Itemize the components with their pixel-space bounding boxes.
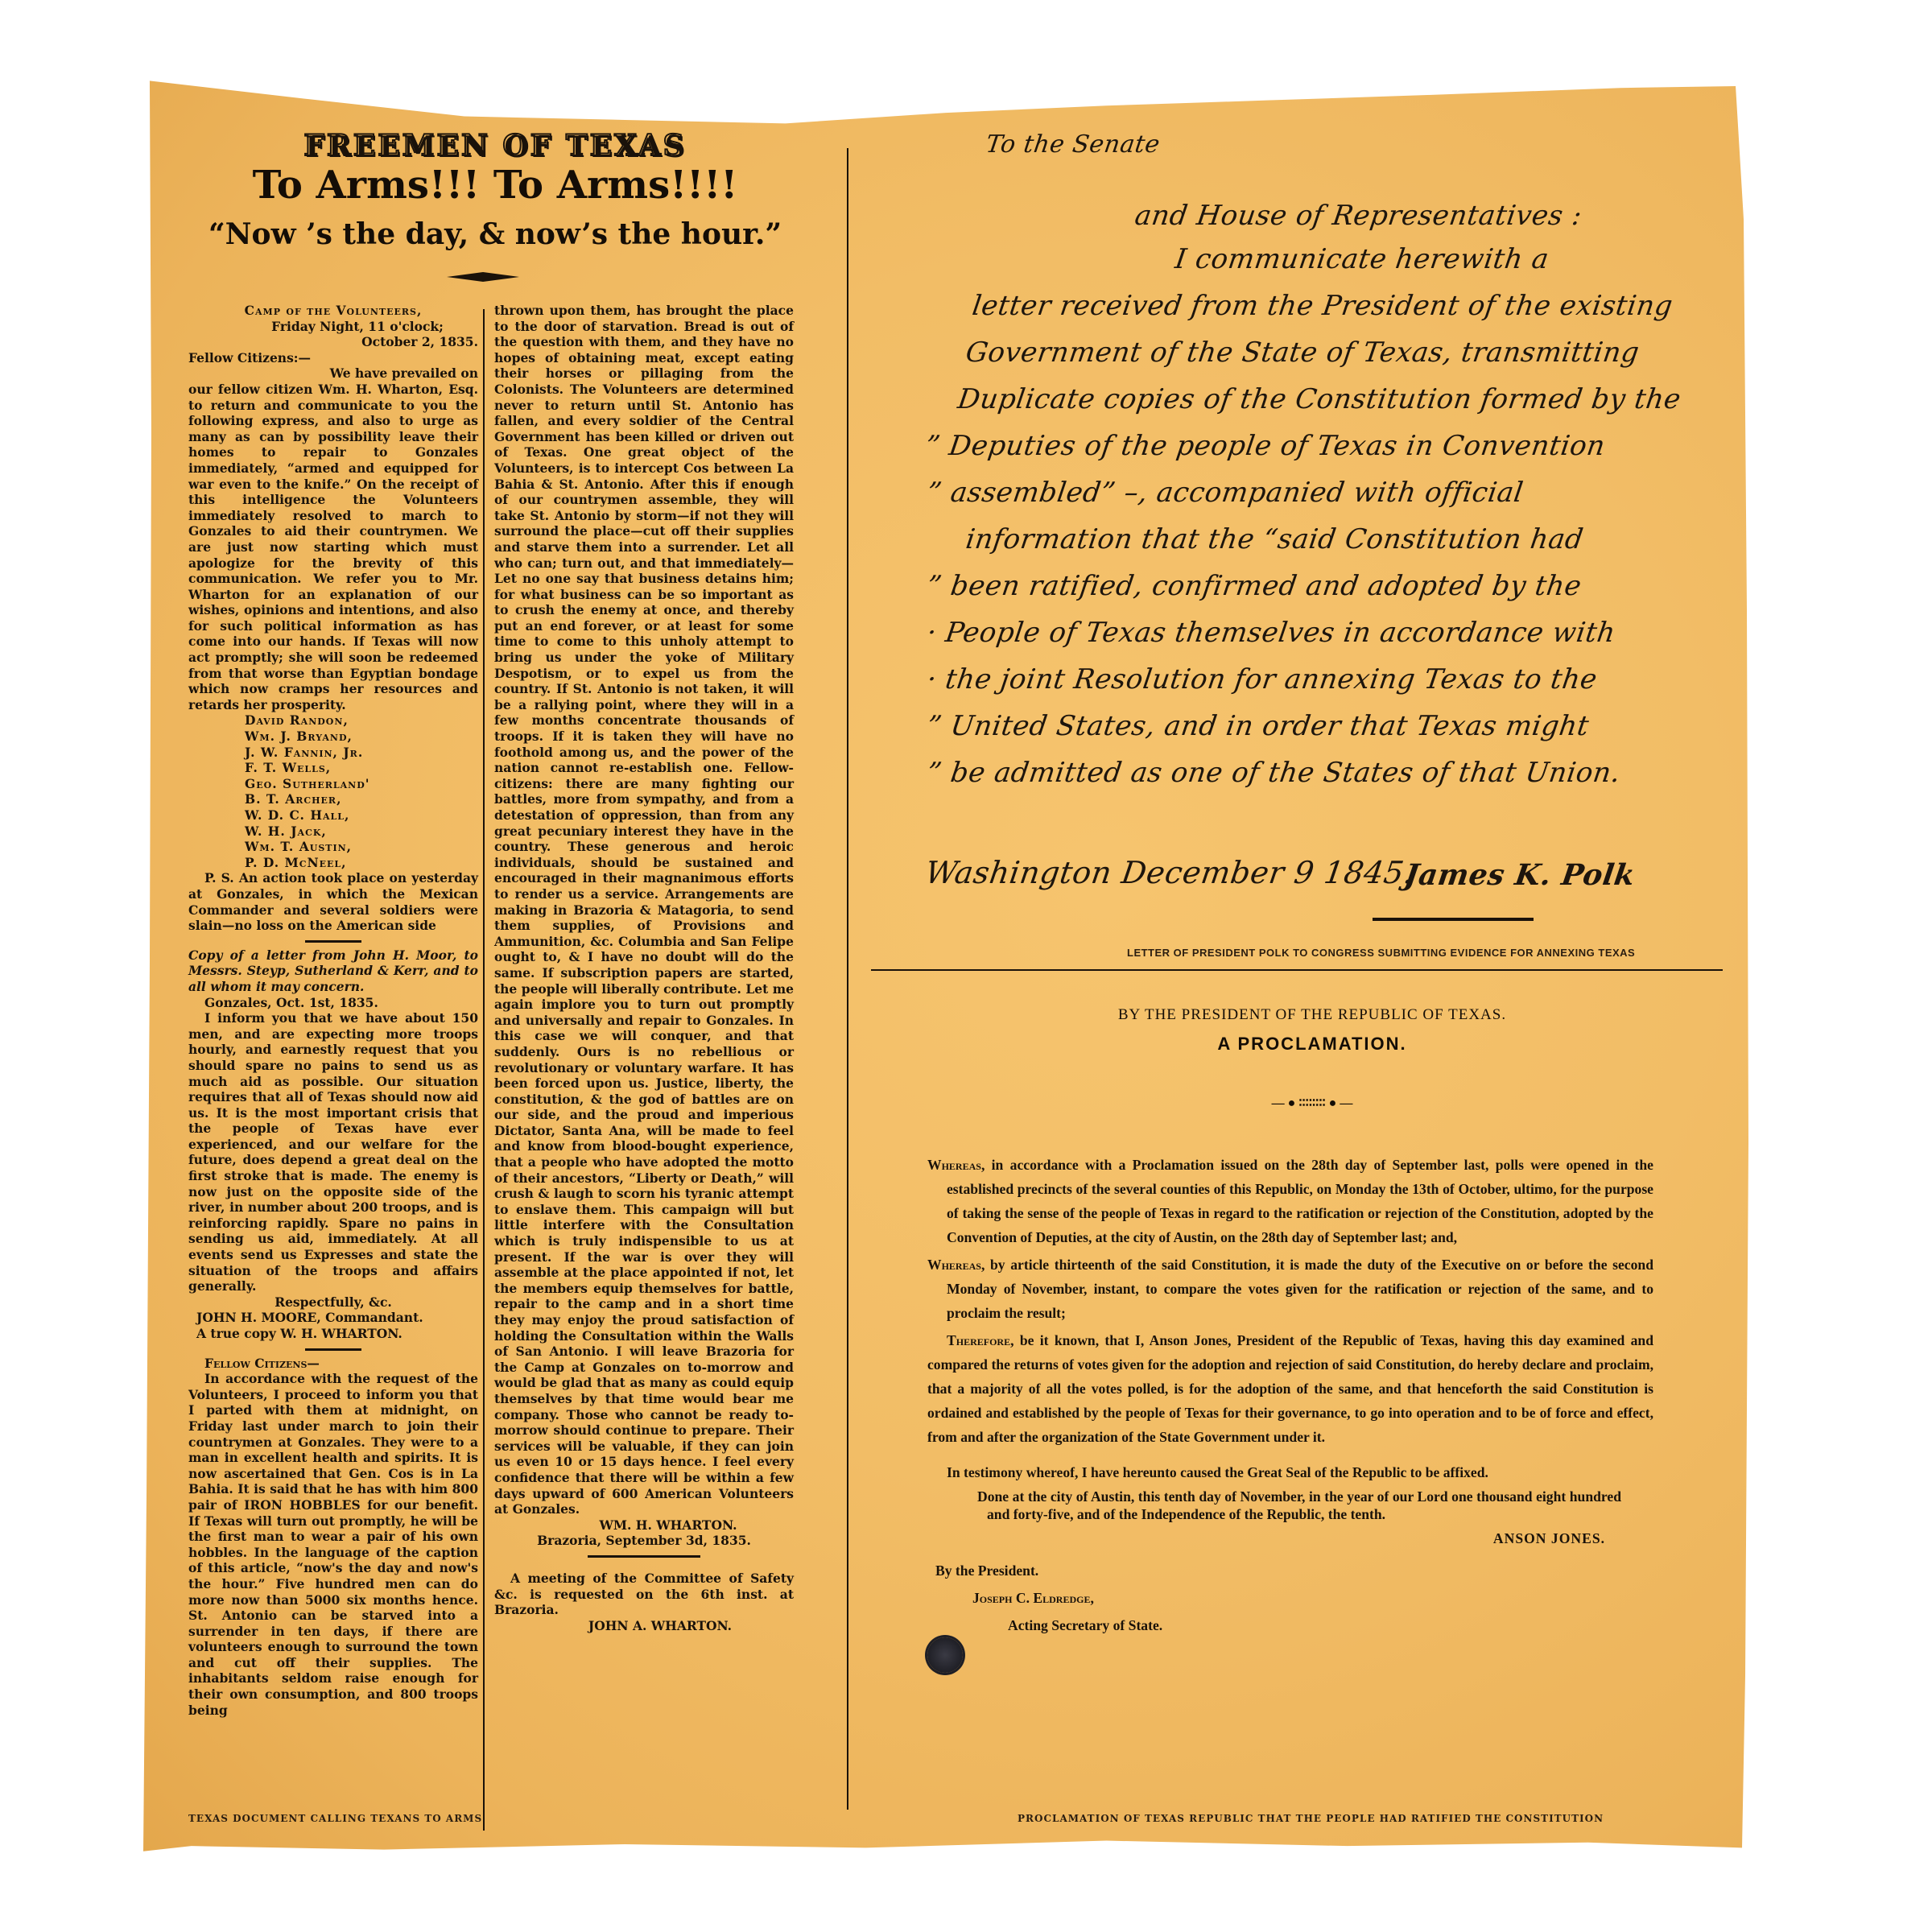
proclamation-title: A PROCLAMATION. — [885, 1034, 1739, 1055]
broadside-column-1: Camp of the Volunteers, Friday Night, 11… — [188, 303, 478, 1718]
second-salutation: Fellow Citizens— — [188, 1356, 478, 1372]
broadside-motto: “Now ’s the day, & now’s the hour.” — [143, 217, 847, 251]
polk-signature: James K. Polk — [1402, 858, 1637, 892]
ornament-divider: — ● ∶∶∶∶∶∶∶∶ ● — — [885, 1095, 1739, 1111]
section-rule — [305, 1348, 361, 1351]
center-divider — [847, 148, 848, 1810]
signer: Wm. T. Austin, — [188, 839, 478, 855]
letter-place-date: Washington December 9 1845. — [923, 855, 1417, 890]
proclamation-signer: ANSON JONES. — [927, 1526, 1605, 1550]
section-rule — [305, 940, 361, 943]
true-copy: A true copy W. H. WHARTON. — [188, 1326, 478, 1342]
by-the-president: By the President. — [927, 1558, 1653, 1583]
letter-close: Respectfully, &c. — [188, 1294, 478, 1311]
letter-line: · People of Texas themselves in accordan… — [925, 617, 1617, 649]
signer: Wm. J. Bryand, — [188, 729, 478, 745]
signer: B. T. Archer, — [188, 791, 478, 807]
whereas-paragraph-1: Whereas, in accordance with a Proclamati… — [927, 1153, 1653, 1249]
section-rule — [588, 1555, 700, 1558]
meeting-signer: JOHN A. WHARTON. — [494, 1618, 794, 1634]
letter-line: · the joint Resolution for annexing Texa… — [925, 663, 1599, 696]
signer: WM. H. WHARTON. — [494, 1517, 794, 1534]
body-text: our fellow citizen Wm. H. Wharton, Esq. … — [188, 382, 478, 712]
signer: F. T. Wells, — [188, 760, 478, 776]
therefore-paragraph: Therefore, be it known, that I, Anson Jo… — [927, 1328, 1653, 1449]
body-text: thrown upon them, has brought the place … — [494, 303, 794, 1517]
signer: David Randon, — [188, 712, 478, 729]
proclamation-body: Whereas, in accordance with a Proclamati… — [927, 1153, 1653, 1641]
salutation: Fellow Citizens:— — [188, 350, 478, 366]
left-caption: TEXAS DOCUMENT CALLING TEXANS TO ARMS — [188, 1813, 482, 1824]
letter-heading: Copy of a letter from John H. Moor, to M… — [188, 947, 478, 995]
whereas-paragraph-2: Whereas, by article thirteenth of the sa… — [927, 1253, 1653, 1325]
column-divider — [483, 309, 485, 1831]
proclamation-caption: PROCLAMATION OF TEXAS REPUBLIC THAT THE … — [1018, 1813, 1604, 1824]
letter-caption: LETTER OF PRESIDENT POLK TO CONGRESS SUB… — [1127, 947, 1635, 959]
signer: P. D. McNeel, — [188, 855, 478, 871]
signer: W. D. C. Hall, — [188, 807, 478, 824]
broadside-subheading: To Arms!!! To Arms!!!! — [143, 163, 847, 208]
proclamation-heading: BY THE PRESIDENT OF THE REPUBLIC OF TEXA… — [885, 1006, 1739, 1024]
opening-line: We have prevailed on — [188, 365, 478, 382]
letter-date: Gonzales, Oct. 1st, 1835. — [188, 995, 478, 1011]
meeting-notice: A meeting of the Committee of Safety &c.… — [494, 1571, 794, 1618]
dateline-date: October 2, 1835. — [188, 334, 478, 350]
letter-line: and House of Representatives : — [1133, 200, 1583, 232]
letter-line: ” United States, and in order that Texas… — [925, 710, 1591, 742]
signer: Geo. Sutherland' — [188, 776, 478, 792]
postscript: P. S. An action took place on yesterday … — [188, 870, 478, 933]
secretary-name: Joseph C. Eldredge, — [927, 1586, 1653, 1610]
signer: J. W. Fannin, Jr. — [188, 745, 478, 761]
dateline-camp: Camp of the Volunteers, — [188, 303, 478, 319]
broadside-heading: FREEMEN OF TEXAS — [143, 129, 847, 163]
signature-flourish — [1373, 918, 1534, 921]
broadside-column-2: thrown upon them, has brought the place … — [494, 303, 794, 1633]
testimony-paragraph: In testimony whereof, I have hereunto ca… — [927, 1460, 1653, 1484]
done-at-paragraph: Done at the city of Austin, this tenth d… — [927, 1488, 1621, 1523]
second-body: In accordance with the request of the Vo… — [188, 1371, 478, 1718]
secretary-title: Acting Secretary of State. — [927, 1613, 1653, 1637]
letter-line: Government of the State of Texas, transm… — [964, 336, 1641, 369]
letter-line: To the Senate — [985, 130, 1162, 159]
letter-line: Duplicate copies of the Constitution for… — [956, 383, 1682, 415]
great-seal-icon — [927, 1637, 963, 1673]
letter-line: ” been ratified, confirmed and adopted b… — [925, 570, 1583, 602]
signer-place: Brazoria, September 3d, 1835. — [494, 1533, 794, 1549]
letter-signer: JOHN H. MOORE, Commandant. — [188, 1310, 478, 1326]
dateline-time: Friday Night, 11 o'clock; — [188, 319, 478, 335]
letter-line: information that the “said Constitution … — [964, 523, 1585, 555]
letter-line: ” assembled” –, accompanied with officia… — [925, 477, 1525, 509]
letter-body: I inform you that we have about 150 men,… — [188, 1010, 478, 1294]
letter-line: ” Deputies of the people of Texas in Con… — [923, 430, 1607, 462]
letter-line: letter received from the President of th… — [970, 290, 1674, 322]
letter-line: ” be admitted as one of the States of th… — [925, 757, 1622, 789]
signer: W. H. Jack, — [188, 824, 478, 840]
letter-line: I communicate herewith a — [1173, 243, 1550, 275]
section-rule — [871, 969, 1723, 971]
